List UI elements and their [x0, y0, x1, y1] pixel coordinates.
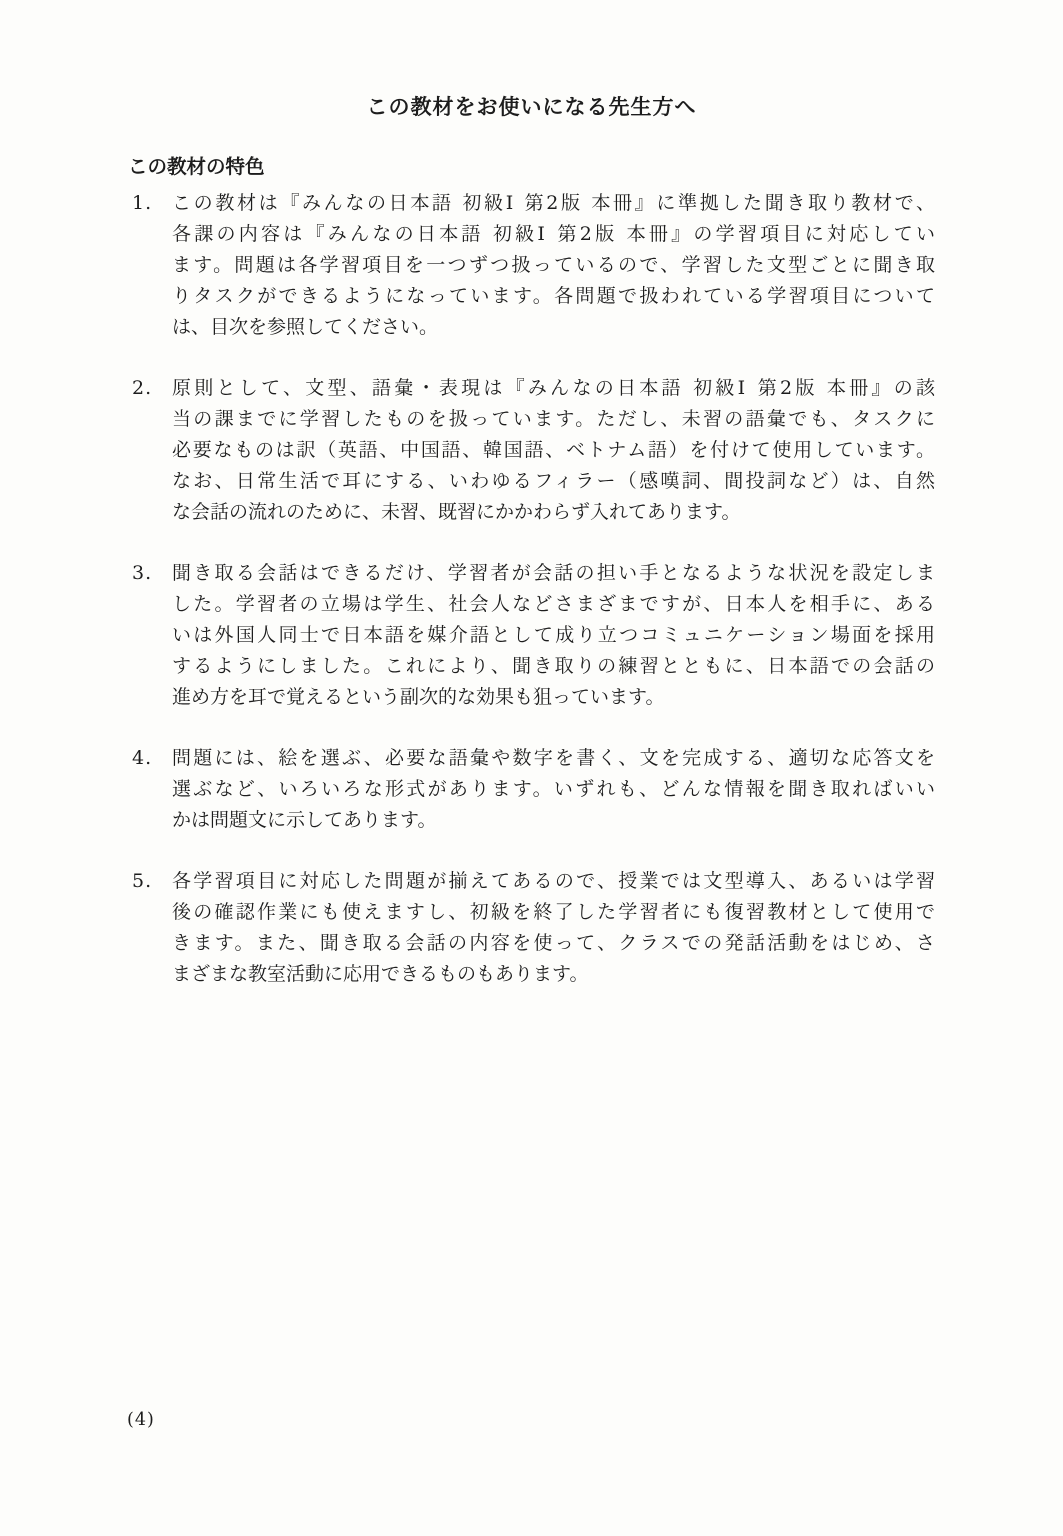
paragraph-line: 聞き取る会話はできるだけ、学習者が会話の担い手となるような状況を設定しま — [172, 558, 935, 589]
paragraph-line: な会話の流れのために、未習、既習にかかわらず入れてあります。 — [172, 497, 935, 528]
paragraph-number: 1. — [132, 188, 172, 219]
paragraph-line: 後の確認作業にも使えますし、初級を終了した学習者にも復習教材として使用で — [172, 897, 935, 928]
paragraph-number: 5. — [132, 866, 172, 897]
paragraph-line: ます。問題は各学習項目を一つずつ扱っているので、学習した文型ごとに聞き取 — [172, 250, 935, 281]
paragraph-line: りタスクができるようになっています。各問題で扱われている学習項目について — [172, 281, 935, 312]
paragraph-line: まざまな教室活動に応用できるものもあります。 — [172, 959, 935, 990]
paragraph-number: 3. — [132, 558, 172, 589]
paragraph-line: この教材は『みんなの日本語 初級Ⅰ 第2版 本冊』に準拠した聞き取り教材で、 — [172, 188, 935, 219]
document-page: この教材をお使いになる先生方へ この教材の特色 1.この教材は『みんなの日本語 … — [0, 0, 1063, 1536]
paragraph-line: 進め方を耳で覚えるという副次的な効果も狙っています。 — [172, 682, 935, 713]
list-item: 5.各学習項目に対応した問題が揃えてあるので、授業では文型導入、あるいは学習後の… — [132, 866, 935, 990]
paragraph-line: 必要なものは訳（英語、中国語、韓国語、ベトナム語）を付けて使用しています。 — [172, 435, 935, 466]
paragraph-number: 2. — [132, 373, 172, 404]
paragraph-list: 1.この教材は『みんなの日本語 初級Ⅰ 第2版 本冊』に準拠した聞き取り教材で、… — [0, 188, 1063, 990]
paragraph-line: 問題には、絵を選ぶ、必要な語彙や数字を書く、文を完成する、適切な応答文を — [172, 743, 935, 774]
paragraph-line: した。学習者の立場は学生、社会人などさまざまですが、日本人を相手に、ある — [172, 589, 935, 620]
page-title: この教材をお使いになる先生方へ — [0, 94, 1063, 120]
list-item: 3.聞き取る会話はできるだけ、学習者が会話の担い手となるような状況を設定しました… — [132, 558, 935, 713]
paragraph-line: 原則として、文型、語彙・表現は『みんなの日本語 初級Ⅰ 第2版 本冊』の該 — [172, 373, 935, 404]
paragraph-line: かは問題文に示してあります。 — [172, 805, 935, 836]
paragraph-line: いは外国人同士で日本語を媒介語として成り立つコミュニケーション場面を採用 — [172, 620, 935, 651]
paragraph-line: なお、日常生活で耳にする、いわゆるフィラー（感嘆詞、間投詞など）は、自然 — [172, 466, 935, 497]
paragraph-number: 4. — [132, 743, 172, 774]
paragraph-text: この教材は『みんなの日本語 初級Ⅰ 第2版 本冊』に準拠した聞き取り教材で、各課… — [172, 188, 935, 343]
paragraph-text: 聞き取る会話はできるだけ、学習者が会話の担い手となるような状況を設定しました。学… — [172, 558, 935, 713]
list-item: 2.原則として、文型、語彙・表現は『みんなの日本語 初級Ⅰ 第2版 本冊』の該当… — [132, 373, 935, 528]
paragraph-line: するようにしました。これにより、聞き取りの練習とともに、日本語での会話の — [172, 651, 935, 682]
paragraph-text: 原則として、文型、語彙・表現は『みんなの日本語 初級Ⅰ 第2版 本冊』の該当の課… — [172, 373, 935, 528]
list-item: 1.この教材は『みんなの日本語 初級Ⅰ 第2版 本冊』に準拠した聞き取り教材で、… — [132, 188, 935, 343]
page-number: (4) — [127, 1410, 155, 1430]
list-item: 4.問題には、絵を選ぶ、必要な語彙や数字を書く、文を完成する、適切な応答文を選ぶ… — [132, 743, 935, 836]
paragraph-line: きます。また、聞き取る会話の内容を使って、クラスでの発話活動をはじめ、さ — [172, 928, 935, 959]
paragraph-line: 各学習項目に対応した問題が揃えてあるので、授業では文型導入、あるいは学習 — [172, 866, 935, 897]
section-heading: この教材の特色 — [0, 154, 1063, 180]
paragraph-text: 問題には、絵を選ぶ、必要な語彙や数字を書く、文を完成する、適切な応答文を選ぶなど… — [172, 743, 935, 836]
paragraph-line: は、目次を参照してください。 — [172, 312, 935, 343]
paragraph-line: 当の課までに学習したものを扱っています。ただし、未習の語彙でも、タスクに — [172, 404, 935, 435]
paragraph-text: 各学習項目に対応した問題が揃えてあるので、授業では文型導入、あるいは学習後の確認… — [172, 866, 935, 990]
paragraph-line: 各課の内容は『みんなの日本語 初級Ⅰ 第2版 本冊』の学習項目に対応してい — [172, 219, 935, 250]
paragraph-line: 選ぶなど、いろいろな形式があります。いずれも、どんな情報を聞き取ればいい — [172, 774, 935, 805]
